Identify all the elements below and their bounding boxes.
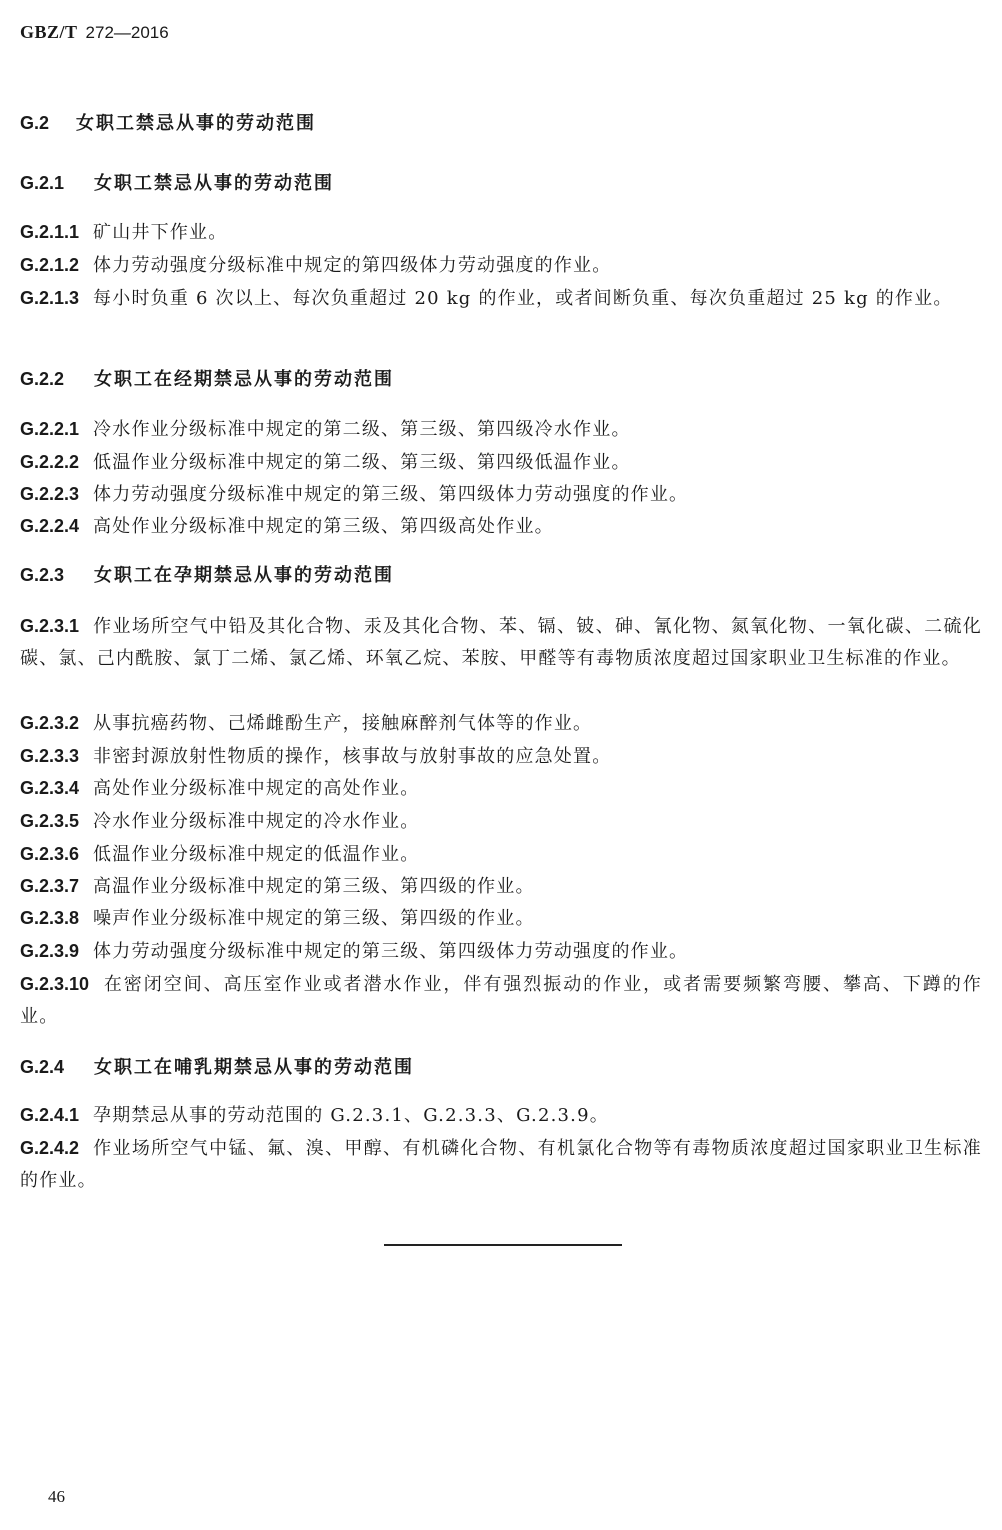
clause-g2-3-4: G.2.3.4高处作业分级标准中规定的高处作业。 [20,772,982,805]
clause-number: G.2.1.3 [20,288,79,308]
section-heading-g24: G.2.4女职工在哺乳期禁忌从事的劳动范围 [20,1055,414,1080]
clause-text: 冷水作业分级标准中规定的冷水作业。 [93,811,419,832]
clause-text: 高处作业分级标准中规定的第三级、第四级高处作业。 [93,516,554,537]
clause-number: G.2.2.1 [20,419,79,439]
clause-text: 在密闭空间、高压室作业或者潜水作业，伴有强烈振动的作业，或者需要频繁弯腰、攀高、… [20,974,982,1027]
clause-text: 体力劳动强度分级标准中规定的第三级、第四级体力劳动强度的作业。 [93,941,688,962]
clause-text: 孕期禁忌从事的劳动范围的 G.2.3.1、G.2.3.3、G.2.3.9。 [93,1105,609,1126]
clause-number: G.2.3.6 [20,844,79,864]
section-number: G.2.3 [20,563,94,587]
clause-g2-3-3: G.2.3.3非密封源放射性物质的操作，核事故与放射事故的应急处置。 [20,740,982,773]
clause-g2-4-2: G.2.4.2作业场所空气中锰、氟、溴、甲醇、有机磷化合物、有机氯化合物等有毒物… [20,1132,982,1197]
clause-g2-3-6: G.2.3.6低温作业分级标准中规定的低温作业。 [20,838,982,871]
clause-number: G.2.3.10 [20,974,89,994]
section-heading-g21: G.2.1女职工禁忌从事的劳动范围 [20,171,334,196]
clause-g2-3-1: G.2.3.1作业场所空气中铅及其化合物、汞及其化合物、苯、镉、铍、砷、氰化物、… [20,610,982,675]
section-heading-g2: G.2女职工禁忌从事的劳动范围 [20,111,316,136]
clause-number: G.2.2.3 [20,484,79,504]
clause-g2-3-10: G.2.3.10在密闭空间、高压室作业或者潜水作业，伴有强烈振动的作业，或者需要… [20,968,982,1033]
clause-text: 低温作业分级标准中规定的第二级、第三级、第四级低温作业。 [93,452,631,473]
clause-text: 矿山井下作业。 [93,222,227,243]
section-number: G.2.4 [20,1055,94,1079]
clause-text: 从事抗癌药物、己烯雌酚生产，接触麻醉剂气体等的作业。 [93,713,592,734]
clause-number: G.2.4.1 [20,1105,79,1125]
clause-number: G.2.1.1 [20,222,79,242]
section-number: G.2.1 [20,171,94,195]
clause-text: 高温作业分级标准中规定的第三级、第四级的作业。 [93,876,535,897]
clause-text: 每小时负重 6 次以上、每次负重超过 20 kg 的作业，或者间断负重、每次负重… [93,288,953,309]
clause-text: 作业场所空气中锰、氟、溴、甲醇、有机磷化合物、有机氯化合物等有毒物质浓度超过国家… [20,1138,982,1191]
clause-g2-3-8: G.2.3.8噪声作业分级标准中规定的第三级、第四级的作业。 [20,902,982,935]
clause-number: G.2.3.5 [20,811,79,831]
section-number: G.2 [20,111,76,135]
clause-number: G.2.3.4 [20,778,79,798]
clause-text: 冷水作业分级标准中规定的第二级、第三级、第四级冷水作业。 [93,419,631,440]
clause-number: G.2.2.4 [20,516,79,536]
document-page: GBZ/T272—2016 G.2女职工禁忌从事的劳动范围 G.2.1女职工禁忌… [0,0,1002,1530]
clause-text: 噪声作业分级标准中规定的第三级、第四级的作业。 [93,908,535,929]
clause-g2-1-1: G.2.1.1矿山井下作业。 [20,216,982,249]
page-number: 46 [48,1487,65,1507]
clause-number: G.2.3.8 [20,908,79,928]
clause-text: 作业场所空气中铅及其化合物、汞及其化合物、苯、镉、铍、砷、氰化物、氮氧化物、一氧… [20,616,982,669]
clause-g2-3-9: G.2.3.9体力劳动强度分级标准中规定的第三级、第四级体力劳动强度的作业。 [20,935,982,968]
clause-g2-2-1: G.2.2.1冷水作业分级标准中规定的第二级、第三级、第四级冷水作业。 [20,413,982,446]
clause-g2-1-2: G.2.1.2体力劳动强度分级标准中规定的第四级体力劳动强度的作业。 [20,249,982,282]
section-title: 女职工禁忌从事的劳动范围 [94,173,334,194]
clause-number: G.2.3.3 [20,746,79,766]
clause-text: 高处作业分级标准中规定的高处作业。 [93,778,419,799]
standard-number: 272—2016 [86,23,169,42]
clause-g2-4-1: G.2.4.1孕期禁忌从事的劳动范围的 G.2.3.1、G.2.3.3、G.2.… [20,1099,982,1132]
end-of-document-rule [384,1244,622,1246]
section-number: G.2.2 [20,367,94,391]
clause-number: G.2.3.2 [20,713,79,733]
clause-g2-1-3: G.2.1.3每小时负重 6 次以上、每次负重超过 20 kg 的作业，或者间断… [20,282,982,315]
clause-g2-2-3: G.2.2.3体力劳动强度分级标准中规定的第三级、第四级体力劳动强度的作业。 [20,478,982,511]
section-title: 女职工在哺乳期禁忌从事的劳动范围 [94,1057,414,1078]
clause-text: 低温作业分级标准中规定的低温作业。 [93,844,419,865]
clause-number: G.2.4.2 [20,1138,79,1158]
clause-text: 体力劳动强度分级标准中规定的第四级体力劳动强度的作业。 [93,255,611,276]
clause-g2-3-7: G.2.3.7高温作业分级标准中规定的第三级、第四级的作业。 [20,870,982,903]
section-title: 女职工在经期禁忌从事的劳动范围 [94,369,394,390]
section-title: 女职工在孕期禁忌从事的劳动范围 [94,565,394,586]
section-title: 女职工禁忌从事的劳动范围 [76,113,316,134]
clause-g2-3-2: G.2.3.2从事抗癌药物、己烯雌酚生产，接触麻醉剂气体等的作业。 [20,707,982,740]
running-header: GBZ/T272—2016 [20,20,169,45]
clause-g2-2-4: G.2.2.4高处作业分级标准中规定的第三级、第四级高处作业。 [20,510,982,543]
clause-number: G.2.3.7 [20,876,79,896]
clause-g2-2-2: G.2.2.2低温作业分级标准中规定的第二级、第三级、第四级低温作业。 [20,446,982,479]
clause-number: G.2.3.9 [20,941,79,961]
clause-number: G.2.1.2 [20,255,79,275]
clause-g2-3-5: G.2.3.5冷水作业分级标准中规定的冷水作业。 [20,805,982,838]
clause-number: G.2.3.1 [20,616,79,636]
section-heading-g23: G.2.3女职工在孕期禁忌从事的劳动范围 [20,563,394,588]
clause-text: 非密封源放射性物质的操作，核事故与放射事故的应急处置。 [93,746,611,767]
section-heading-g22: G.2.2女职工在经期禁忌从事的劳动范围 [20,367,394,392]
standard-code: GBZ/T [20,22,78,42]
clause-number: G.2.2.2 [20,452,79,472]
clause-text: 体力劳动强度分级标准中规定的第三级、第四级体力劳动强度的作业。 [93,484,688,505]
